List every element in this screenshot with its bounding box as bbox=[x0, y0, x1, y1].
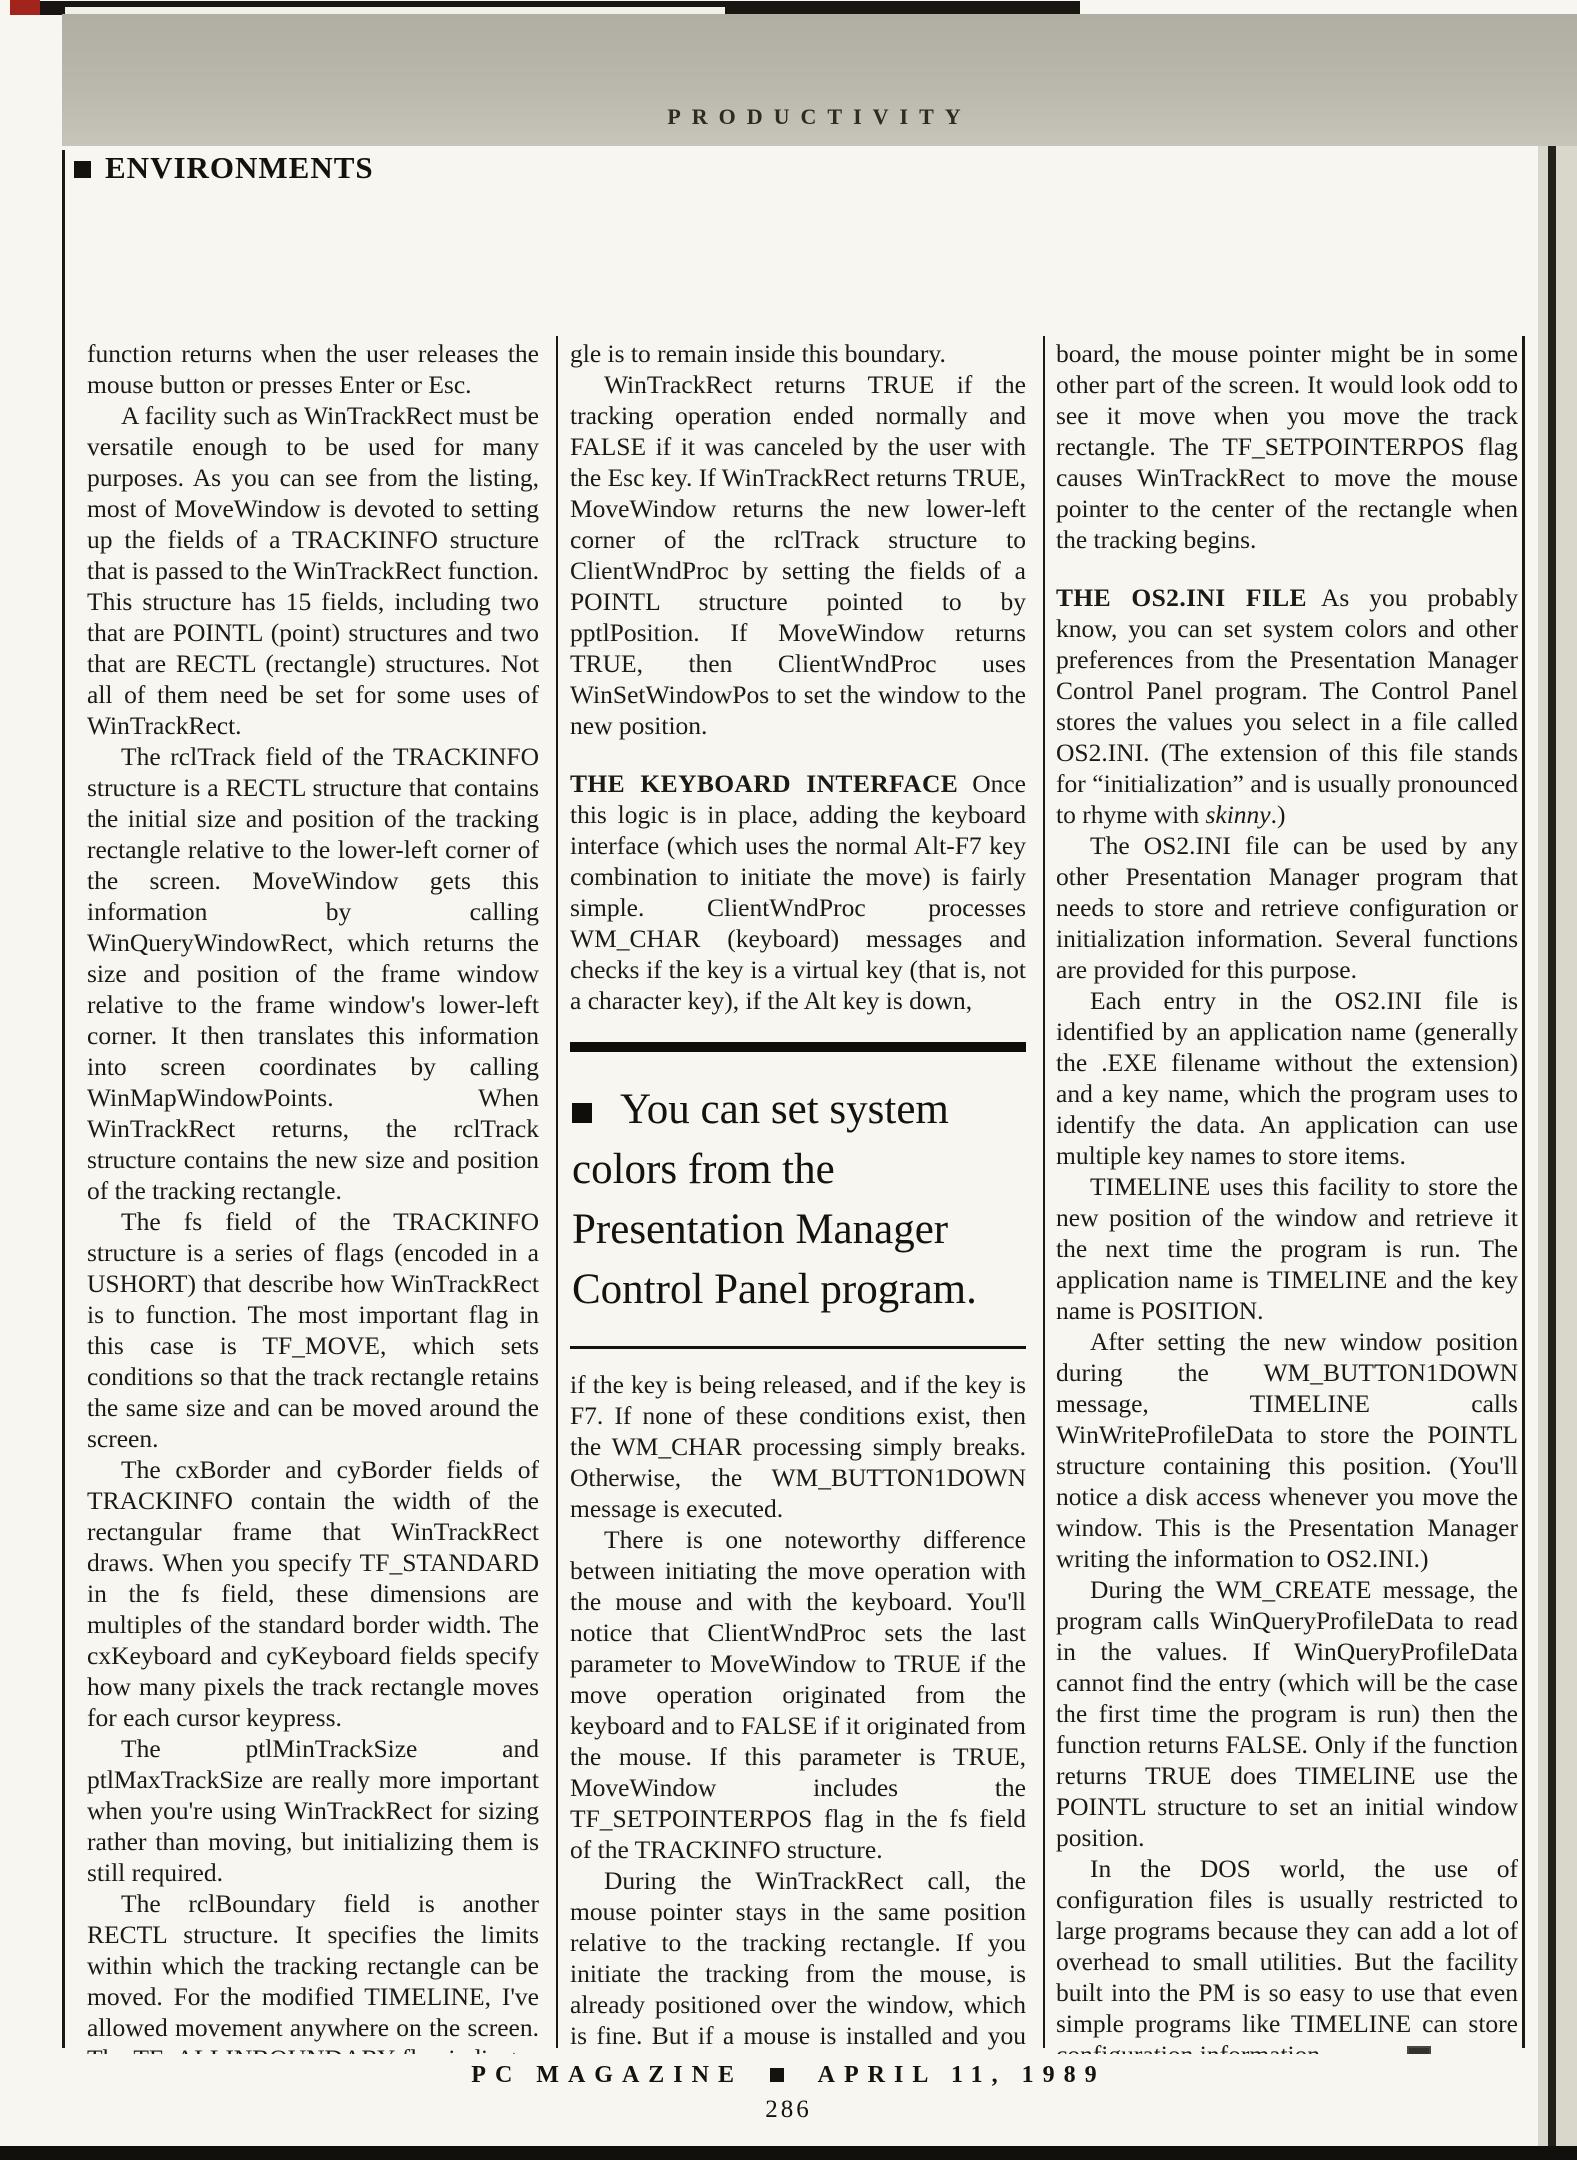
section-label: PRODUCTIVITY bbox=[62, 104, 1577, 130]
body-paragraph: TIMELINE uses this facility to store the… bbox=[1056, 1171, 1518, 1326]
section-paragraph: THE KEYBOARD INTERFACEOnce this logic is… bbox=[570, 768, 1026, 1016]
body-paragraph: The ptlMinTrackSize and ptlMaxTrackSize … bbox=[87, 1733, 539, 1888]
body-paragraph: The rclTrack field of the TRACKINFO stru… bbox=[87, 741, 539, 1206]
pull-quote: You can set system colors from the Prese… bbox=[570, 1042, 1026, 1349]
section-head: THE OS2.INI FILE bbox=[1056, 583, 1307, 612]
body-paragraph: During the WM_CREATE message, the progra… bbox=[1056, 1574, 1518, 1853]
department-heading: ENVIRONMENTS bbox=[74, 150, 374, 186]
italic-text: skinny bbox=[1205, 800, 1270, 829]
column-divider-2 bbox=[1043, 336, 1045, 2048]
body-paragraph: function returns when the user releases … bbox=[87, 338, 539, 400]
body-paragraph: After setting the new window position du… bbox=[1056, 1326, 1518, 1574]
column-2: gle is to remain inside this boundary.Wi… bbox=[570, 338, 1026, 2054]
body-paragraph: WinTrackRect returns TRUE if the trackin… bbox=[570, 369, 1026, 741]
body-paragraph: gle is to remain inside this boundary. bbox=[570, 338, 1026, 369]
body-paragraph: In the DOS world, the use of configurati… bbox=[1056, 1853, 1518, 2054]
body-paragraph: There is one noteworthy difference betwe… bbox=[570, 1524, 1026, 1865]
page-number: 286 bbox=[0, 2096, 1577, 2124]
department-label: ENVIRONMENTS bbox=[105, 150, 374, 186]
footer: PC MAGAZINE APRIL 11, 1989 bbox=[0, 2062, 1577, 2089]
body-paragraph: Each entry in the OS2.INI file is identi… bbox=[1056, 985, 1518, 1171]
body-paragraph: The cxBorder and cyBorder fields of TRAC… bbox=[87, 1454, 539, 1733]
scan-edge-bottom bbox=[0, 2146, 1577, 2160]
right-rule bbox=[1522, 336, 1525, 2048]
scan-glare bbox=[65, 7, 725, 14]
scan-edge-right-line bbox=[1548, 146, 1556, 2148]
body-paragraph: if the key is being released, and if the… bbox=[570, 1369, 1026, 1524]
body-paragraph: A facility such as WinTrackRect must be … bbox=[87, 400, 539, 741]
left-rule bbox=[62, 150, 65, 2048]
section-head: THE KEYBOARD INTERFACE bbox=[570, 769, 958, 798]
magazine-page-scan: PRODUCTIVITY ENVIRONMENTS function retur… bbox=[0, 0, 1577, 2160]
top-red-accent bbox=[10, 0, 40, 15]
section-paragraph: THE OS2.INI FILEAs you probably know, yo… bbox=[1056, 582, 1518, 830]
body-paragraph: During the WinTrackRect call, the mouse … bbox=[570, 1865, 1026, 2054]
footer-date: APRIL 11, 1989 bbox=[818, 2062, 1106, 2088]
column-3: board, the mouse pointer might be in som… bbox=[1056, 338, 1518, 2054]
body-paragraph: The OS2.INI file can be used by any othe… bbox=[1056, 830, 1518, 985]
body-paragraph: board, the mouse pointer might be in som… bbox=[1056, 338, 1518, 555]
column-1: function returns when the user releases … bbox=[87, 338, 539, 2054]
department-bullet-icon bbox=[74, 161, 91, 178]
footer-bullet-icon bbox=[770, 2068, 784, 2082]
body-paragraph: The fs field of the TRACKINFO structure … bbox=[87, 1206, 539, 1454]
scan-edge-right bbox=[1538, 146, 1577, 2148]
header-band: PRODUCTIVITY bbox=[62, 14, 1577, 146]
footer-magazine: PC MAGAZINE bbox=[471, 2062, 743, 2088]
end-of-article-icon bbox=[1407, 2046, 1431, 2054]
pull-quote-bullet-icon bbox=[572, 1103, 592, 1123]
column-divider-1 bbox=[556, 336, 558, 2048]
body-paragraph: The rclBoundary field is another RECTL s… bbox=[87, 1888, 539, 2054]
